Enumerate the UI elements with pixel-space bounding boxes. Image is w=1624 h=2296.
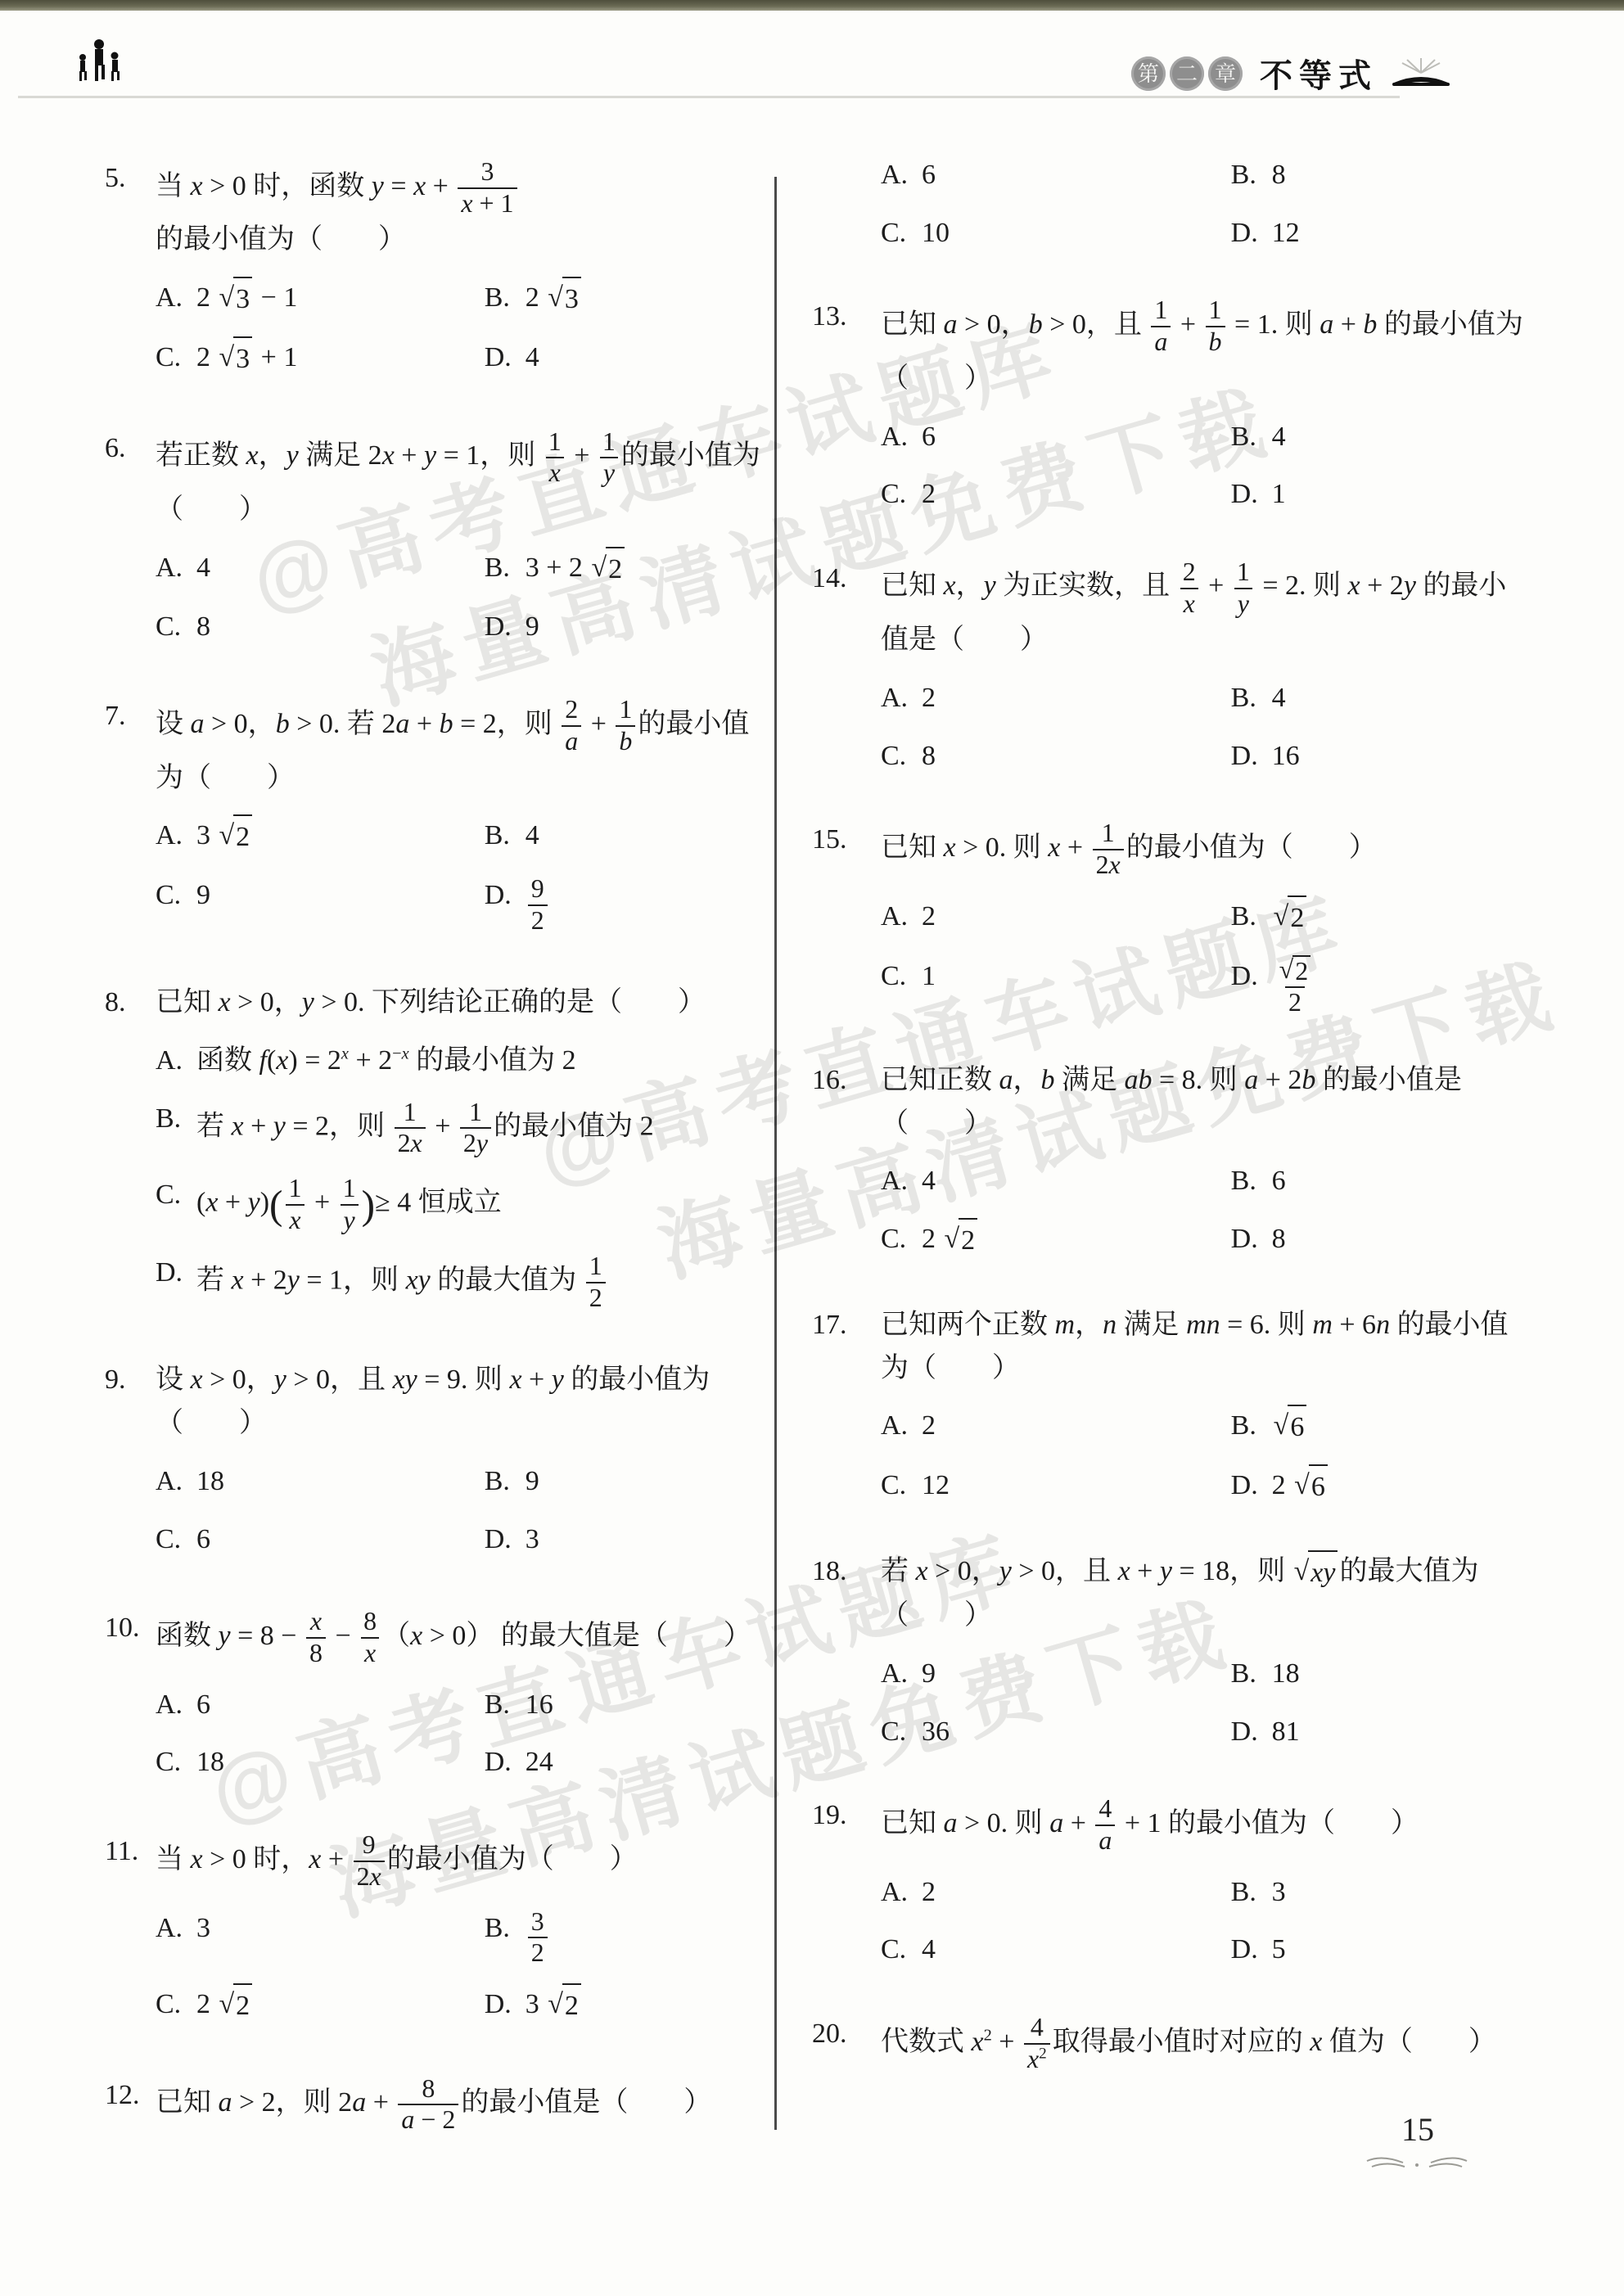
column-right: A.6B.8C.10D.1213.已知 a > 0，b > 0，且 1a + 1… [812, 139, 1529, 2116]
option-value: 若 x + 2y = 1，则 xy 的最大值为 12 [196, 1252, 608, 1313]
option-label: A. [881, 416, 922, 459]
math-var: x [413, 171, 426, 201]
question-number: 14. [812, 557, 881, 778]
option: C.9 [156, 874, 485, 936]
question-body: 当 x > 0 时，x + 92x的最小值为（ ）A.3B.32C.2 √2D.… [156, 1830, 765, 2028]
option: D.2 √6 [1231, 1464, 1529, 1509]
math-var: a [1154, 327, 1167, 356]
math-var: x [1310, 2027, 1322, 2057]
question-body: 已知 x，y 为正实数，且 2x + 1y = 2. 则 x + 2y 的最小值… [881, 557, 1529, 778]
math-var: b [1209, 327, 1222, 356]
option: D.√22 [1231, 955, 1529, 1018]
page: 第 二 章 不等式 @高考直通车试题库 海量高清试题免费下载 @高考直通车试题库… [0, 0, 1624, 2296]
option: C.1 [881, 955, 1231, 1018]
question-body: 已知 a > 0. 则 a + 4a + 1 的最小值为（ ）A.2B.3C.4… [881, 1794, 1529, 1972]
option-label: A. [156, 1460, 196, 1504]
math-var: x [1048, 832, 1060, 863]
option-value: 1 [1272, 473, 1286, 516]
question-stem: 当 x > 0 时，函数 y = x + 3x + 1的最小值为（ ） [156, 171, 520, 255]
options: A.3B.32C.2 √2D.3 √2 [156, 1907, 765, 2028]
math-var: y [476, 1129, 488, 1157]
option-value: √22 [1272, 955, 1319, 1018]
radical: √2 [591, 547, 625, 592]
math-var: a [1098, 1826, 1112, 1855]
question-number: 12. [105, 2074, 156, 2136]
option-value: 32 [526, 1907, 550, 1969]
option-label: D. [485, 606, 526, 649]
math-var: x [916, 1556, 928, 1586]
question-body: 已知 x > 0. 则 x + 12x的最小值为（ ）A.2B.√2C.1D.√… [881, 819, 1529, 1018]
options: A.2B.√2C.1D.√22 [881, 895, 1529, 1018]
option: A.3 √2 [156, 814, 485, 859]
question-stem: 设 a > 0，b > 0. 若 2a + b = 2，则 2a + 1b的最小… [156, 709, 749, 793]
option-label: B. [485, 1684, 526, 1727]
option-label: C. [881, 1218, 922, 1261]
option-label: D. [1231, 1928, 1272, 1972]
option: D.1 [1231, 473, 1529, 516]
question: 19.已知 a > 0. 则 a + 4a + 1 的最小值为（ ）A.2B.3… [812, 1794, 1529, 1972]
option-label: C. [156, 1983, 196, 2027]
question-number: 9. [105, 1359, 156, 1561]
option-value: 2 √6 [1272, 1464, 1329, 1509]
option: A.2 [881, 895, 1231, 941]
fraction: 1x [545, 427, 565, 489]
option-value: 2 √2 [922, 1218, 979, 1263]
fraction: 1x [285, 1174, 304, 1235]
option-label: A. [881, 1405, 922, 1448]
option-label: B. [485, 814, 526, 858]
options: A.2 √3 − 1B.2 √3C.2 √3 + 1D.4 [156, 277, 765, 381]
option-label: C. [881, 473, 922, 516]
header: 第 二 章 不等式 [0, 11, 1591, 109]
question-body: 已知 a > 2，则 2a + 8a − 2的最小值是（ ） [156, 2074, 765, 2136]
option-value: 6 [196, 1518, 210, 1562]
math-var: x [1348, 571, 1360, 601]
math-var: b [276, 709, 290, 739]
option: A.4 [156, 547, 485, 592]
question: 8.已知 x > 0，y > 0. 下列结论正确的是（ ）A.函数 f(x) =… [105, 981, 765, 1313]
question-body: 若 x > 0，y > 0，且 x + y = 18，则 √xy的最大值为（ ）… [881, 1550, 1529, 1754]
option-label: C. [156, 1518, 196, 1562]
top-edge-band [0, 0, 1624, 11]
option-value: 2 [922, 1871, 936, 1915]
option-value: 4 [1272, 677, 1286, 720]
option-label: D. [1231, 1711, 1272, 1754]
fraction: 3x + 1 [458, 157, 517, 219]
option: A.函数 f(x) = 2x + 2−x 的最小值为 2 [156, 1040, 765, 1083]
option-value: 3 + 2 √2 [526, 547, 626, 592]
option-label: B. [1231, 1653, 1272, 1696]
fraction: 12x [395, 1098, 426, 1159]
question: 7.设 a > 0，b > 0. 若 2a + b = 2，则 2a + 1b的… [105, 695, 765, 936]
big-paren: ) [362, 1183, 375, 1228]
question-stem: 已知 a > 0. 则 a + 4a + 1 的最小值为（ ） [881, 1808, 1419, 1838]
option-label: C. [156, 1174, 196, 1217]
math-var: y [372, 171, 384, 201]
option-label: D. [485, 1741, 526, 1784]
option-value: 4 [526, 336, 539, 380]
option-value: 4 [922, 1160, 936, 1203]
math-var: x [509, 1365, 521, 1395]
question: 11.当 x > 0 时，x + 92x的最小值为（ ）A.3B.32C.2 √… [105, 1830, 765, 2028]
option: A.6 [156, 1684, 485, 1727]
option-value: 2 [922, 473, 936, 516]
option-value: 8 [196, 606, 210, 649]
math-var: x [1027, 2045, 1039, 2073]
radical: √2 [548, 1983, 581, 2028]
option-label: B. [1231, 1160, 1272, 1203]
chapter-badge-char-3: 章 [1208, 56, 1243, 91]
option-label: D. [485, 1518, 526, 1562]
math-var: x [410, 1621, 422, 1651]
math-var: x [461, 189, 472, 218]
option-value: 9 [526, 1460, 539, 1504]
question-body: 函数 y = 8 − x8 − 8x（x > 0） 的最大值是（ ）A.6B.1… [156, 1607, 765, 1784]
math-var: x [232, 1265, 244, 1296]
fraction: 8x [360, 1607, 380, 1668]
option-label: B. [485, 547, 526, 590]
radical: √2 [219, 1983, 253, 2028]
question: 17.已知两个正数 m，n 满足 mn = 6. 则 m + 6n 的最小值为（… [812, 1304, 1529, 1509]
math-var: m [1312, 1310, 1333, 1340]
fraction: 4a [1095, 1794, 1115, 1856]
question-stem: 已知 x，y 为正实数，且 2x + 1y = 2. 则 x + 2y 的最小值… [881, 571, 1506, 655]
math-var: x [232, 1111, 244, 1141]
option: B.9 [485, 1460, 765, 1504]
option-label: C. [881, 1464, 922, 1508]
page-flourish-icon [1364, 2153, 1470, 2178]
option-label: D. [485, 874, 526, 918]
fraction: 4x2 [1024, 2013, 1050, 2074]
radical: √2 [219, 814, 253, 859]
option-label: A. [881, 895, 922, 939]
option-value: 12 [922, 1464, 950, 1508]
question-number: 19. [812, 1794, 881, 1972]
question-number: 20. [812, 2013, 881, 2074]
option-value: 3 [1272, 1871, 1286, 1915]
math-var: f [259, 1045, 267, 1076]
option: C.36 [881, 1711, 1231, 1754]
question-body: 已知 x > 0，y > 0. 下列结论正确的是（ ）A.函数 f(x) = 2… [156, 981, 765, 1313]
option: B.8 [1231, 154, 1529, 197]
option-value: 2 √3 − 1 [196, 277, 297, 322]
option: B.若 x + y = 2，则 12x + 12y的最小值为 2 [156, 1098, 765, 1159]
option: B.18 [1231, 1653, 1529, 1696]
option-value: 8 [1272, 154, 1286, 197]
math-var: x [411, 1129, 422, 1157]
math-var: y [984, 571, 996, 601]
math-var: y [248, 1188, 260, 1218]
math-var: y [344, 1206, 355, 1234]
option-value: √2 [1272, 895, 1309, 941]
fraction: 12y [460, 1098, 491, 1159]
option-value: 3 [196, 1907, 210, 1951]
math-var: b [1363, 309, 1377, 340]
option-value: 3 √2 [526, 1983, 583, 2028]
question-body: 设 a > 0，b > 0. 若 2a + b = 2，则 2a + 1b的最小… [156, 695, 765, 936]
radical: √2 [945, 1218, 978, 1263]
option: C.2 √2 [881, 1218, 1231, 1263]
fraction: 1b [1206, 295, 1225, 357]
question: 10.函数 y = 8 − x8 − 8x（x > 0） 的最大值是（ ）A.6… [105, 1607, 765, 1784]
math-var: n [1376, 1310, 1390, 1340]
question: 9.设 x > 0，y > 0，且 xy = 9. 则 x + y 的最小值为（… [105, 1359, 765, 1561]
option-label: B. [156, 1098, 196, 1141]
math-var: x [972, 2027, 984, 2057]
option-value: (x + y)(1x + 1y)≥ 4 恒成立 [196, 1174, 502, 1237]
option: A.4 [881, 1160, 1231, 1203]
option-value: 12 [1272, 212, 1300, 255]
option-label: D. [1231, 955, 1272, 999]
radical: √3 [219, 336, 253, 381]
fraction: 92 [528, 874, 548, 936]
option: D.9 [485, 606, 765, 649]
math-var: b [1041, 1065, 1055, 1095]
question: 13.已知 a > 0，b > 0，且 1a + 1b = 1. 则 a + b… [812, 295, 1529, 516]
math-var: x [402, 1045, 409, 1063]
math-var: y [274, 1365, 286, 1395]
option: B.2 √3 [485, 277, 765, 322]
math-var: a [395, 709, 409, 739]
math-var: a [944, 1808, 958, 1838]
question-stem: 已知两个正数 m，n 满足 mn = 6. 则 m + 6n 的最小值为（ ） [881, 1310, 1509, 1383]
options: A.9B.18C.36D.81 [881, 1653, 1529, 1753]
option-label: B. [485, 1460, 526, 1504]
math-var: a [401, 2105, 414, 2134]
radical: √3 [548, 277, 581, 322]
option: A.2 [881, 1405, 1231, 1450]
radical: √2 [1274, 895, 1307, 941]
option-label: D. [485, 336, 526, 380]
math-var: x [219, 987, 231, 1017]
question-stem: 代数式 x2 + 4x2取得最小值时对应的 x 值为（ ） [881, 2027, 1496, 2057]
question: 18.若 x > 0，y > 0，且 x + y = 18，则 √xy的最大值为… [812, 1550, 1529, 1754]
chapter-heading: 第 二 章 不等式 [1131, 50, 1456, 97]
question-stem: 设 x > 0，y > 0，且 xy = 9. 则 x + y 的最小值为（ ） [156, 1365, 710, 1438]
math-var: y [1160, 1556, 1172, 1586]
math-var: x [364, 1639, 376, 1667]
option-value: 2 [922, 1405, 936, 1448]
option: C.2 √3 + 1 [156, 336, 485, 381]
math-var: x [341, 1045, 349, 1063]
option: D.3 √2 [485, 1983, 765, 2028]
option-value: 8 [922, 735, 936, 778]
math-var: x [289, 1206, 300, 1234]
option-label: D. [156, 1252, 196, 1295]
option: B.3 [1231, 1871, 1529, 1915]
math-var: a [1244, 1065, 1258, 1095]
option-label: D. [1231, 1464, 1272, 1508]
math-var: y [1238, 589, 1249, 618]
option: B.√6 [1231, 1405, 1529, 1450]
math-var: m [1055, 1310, 1076, 1340]
option-value: 18 [196, 1460, 224, 1504]
option-label: C. [156, 1741, 196, 1784]
question-body: 已知 a > 0，b > 0，且 1a + 1b = 1. 则 a + b 的最… [881, 295, 1529, 516]
math-var: y [287, 1265, 300, 1296]
option: C.8 [156, 606, 485, 649]
option: D.4 [485, 336, 765, 381]
option: B.6 [1231, 1160, 1529, 1203]
option: D.24 [485, 1741, 765, 1784]
options: A.18B.9C.6D.3 [156, 1460, 765, 1561]
radical: √2 [1279, 955, 1311, 987]
math-var: a [191, 709, 205, 739]
question-number: 18. [812, 1550, 881, 1754]
option-value: 4 [1272, 416, 1286, 459]
option-label: A. [881, 154, 922, 197]
radical: √6 [1274, 1405, 1307, 1450]
option-value: 6 [1272, 1160, 1286, 1203]
chapter-title: 不等式 [1260, 50, 1378, 97]
options: A.4B.3 + 2 √2C.8D.9 [156, 547, 765, 649]
math-var: y [219, 1621, 231, 1651]
fraction: 92x [354, 1830, 385, 1892]
math-var: a [352, 2087, 366, 2118]
question-stem: 已知正数 a，b 满足 ab = 8. 则 a + 2b 的最小值是（ ） [881, 1065, 1462, 1139]
option: A.2 √3 − 1 [156, 277, 485, 322]
option-label: B. [1231, 416, 1272, 459]
question: 15.已知 x > 0. 则 x + 12x的最小值为（ ）A.2B.√2C.1… [812, 819, 1529, 1018]
options: A.2B.4C.8D.16 [881, 677, 1529, 778]
fraction: x8 [306, 1607, 326, 1668]
option-value: 3 [526, 1518, 539, 1562]
option-value: 36 [922, 1711, 950, 1754]
option: D.3 [485, 1518, 765, 1562]
option-label: B. [1231, 1405, 1272, 1448]
option-value: 9 [526, 606, 539, 649]
option: D.若 x + 2y = 1，则 xy 的最大值为 12 [156, 1252, 765, 1313]
math-var: x [191, 171, 203, 201]
option: B.√2 [1231, 895, 1529, 941]
question-body: 已知两个正数 m，n 满足 mn = 6. 则 m + 6n 的最小值为（ ）A… [881, 1304, 1529, 1509]
option: A.6 [881, 416, 1231, 459]
option-label: A. [156, 277, 196, 320]
option: C.2 √2 [156, 1983, 485, 2028]
option-value: 4 [922, 1928, 936, 1972]
option-label: D. [1231, 212, 1272, 255]
math-var: x [246, 440, 259, 471]
question-stem: 若正数 x，y 满足 2x + y = 1，则 1x + 1y的最小值为（ ） [156, 440, 760, 525]
option-value: 2 √2 [196, 1983, 254, 2028]
options: A.6B.8C.10D.12 [881, 154, 1529, 255]
options: A.6B.4C.2D.1 [881, 416, 1529, 516]
math-var: b [440, 709, 453, 739]
math-var: xy [1310, 1558, 1335, 1588]
option-label: C. [156, 606, 196, 649]
question-number: 15. [812, 819, 881, 1018]
option-label: D. [1231, 473, 1272, 516]
options: A.2B.√6C.12D.2 √6 [881, 1405, 1529, 1509]
question-number: 6. [105, 427, 156, 650]
fraction: 2a [562, 695, 581, 756]
option-value: 6 [922, 154, 936, 197]
option: C.18 [156, 1741, 485, 1784]
math-var: x [191, 1365, 203, 1395]
option-label: B. [485, 277, 526, 320]
math-var: x [1109, 850, 1121, 879]
radical: √xy [1294, 1550, 1338, 1595]
option-value: 18 [196, 1741, 224, 1784]
math-var: x [310, 1607, 322, 1635]
question-body: 已知正数 a，b 满足 ab = 8. 则 a + 2b 的最小值是（ ）A.4… [881, 1059, 1529, 1263]
fraction: 1b [616, 695, 635, 756]
option: D.12 [1231, 212, 1529, 255]
option: D.8 [1231, 1218, 1529, 1263]
option: D.16 [1231, 735, 1529, 778]
question-body: 当 x > 0 时，函数 y = x + 3x + 1的最小值为（ ）A.2 √… [156, 157, 765, 381]
math-var: x [205, 1188, 218, 1218]
math-var: y [1404, 571, 1416, 601]
option: C.10 [881, 212, 1231, 255]
big-paren: ( [269, 1183, 282, 1228]
option-label: B. [1231, 677, 1272, 720]
option-label: C. [881, 1928, 922, 1972]
math-var: y [424, 440, 436, 471]
question-body: 代数式 x2 + 4x2取得最小值时对应的 x 值为（ ） [881, 2013, 1529, 2074]
option-value: 8 [1272, 1218, 1286, 1261]
math-var: b [619, 727, 632, 756]
option-label: C. [156, 874, 196, 918]
question-stem: 已知 a > 0，b > 0，且 1a + 1b = 1. 则 a + b 的最… [881, 309, 1523, 394]
math-var: a [1319, 309, 1333, 340]
option-value: 2 √3 [526, 277, 583, 322]
math-var: mn [1186, 1310, 1220, 1340]
option: C.(x + y)(1x + 1y)≥ 4 恒成立 [156, 1174, 765, 1237]
radical: √6 [1294, 1464, 1328, 1509]
option-label: A. [156, 1907, 196, 1951]
option: B.4 [485, 814, 765, 859]
option: B.16 [485, 1684, 765, 1727]
option: D.5 [1231, 1928, 1529, 1972]
math-var: x [1118, 1556, 1130, 1586]
question-number: 10. [105, 1607, 156, 1784]
option: A.3 [156, 1907, 485, 1969]
option-value: 2 [922, 895, 936, 939]
math-var: x [191, 1844, 203, 1874]
chapter-badge-char-1: 第 [1131, 56, 1166, 91]
option-label: A. [156, 1040, 196, 1083]
question-number: 8. [105, 981, 156, 1313]
chapter-badge-char-2: 二 [1170, 56, 1204, 91]
option-label: A. [156, 1684, 196, 1727]
option-value: 6 [922, 416, 936, 459]
question-stem: 已知 a > 2，则 2a + 8a − 2的最小值是（ ） [156, 2087, 711, 2118]
math-var: xy [406, 1265, 431, 1296]
option: B.4 [1231, 416, 1529, 459]
option: C.12 [881, 1464, 1231, 1509]
option: C.2 [881, 473, 1231, 516]
question: 14.已知 x，y 为正实数，且 2x + 1y = 2. 则 x + 2y 的… [812, 557, 1529, 778]
graduation-cap-icon [1386, 58, 1456, 95]
option-label: C. [881, 955, 922, 999]
runners-icon [72, 39, 126, 91]
math-var: a [565, 727, 578, 756]
option: D.92 [485, 874, 765, 936]
fraction: 32 [528, 1907, 548, 1969]
option-value: 16 [526, 1684, 553, 1727]
fraction: 1y [1234, 557, 1253, 619]
page-number: 15 [1401, 2110, 1434, 2149]
math-var: y [552, 1365, 564, 1395]
option-value: 4 [526, 814, 539, 858]
question-number: 17. [812, 1304, 881, 1509]
math-var: xy [393, 1365, 417, 1395]
question: 20.代数式 x2 + 4x2取得最小值时对应的 x 值为（ ） [812, 2013, 1529, 2074]
math-var: b [1029, 309, 1043, 340]
fraction: 2x [1180, 557, 1199, 619]
option-label: A. [881, 677, 922, 720]
